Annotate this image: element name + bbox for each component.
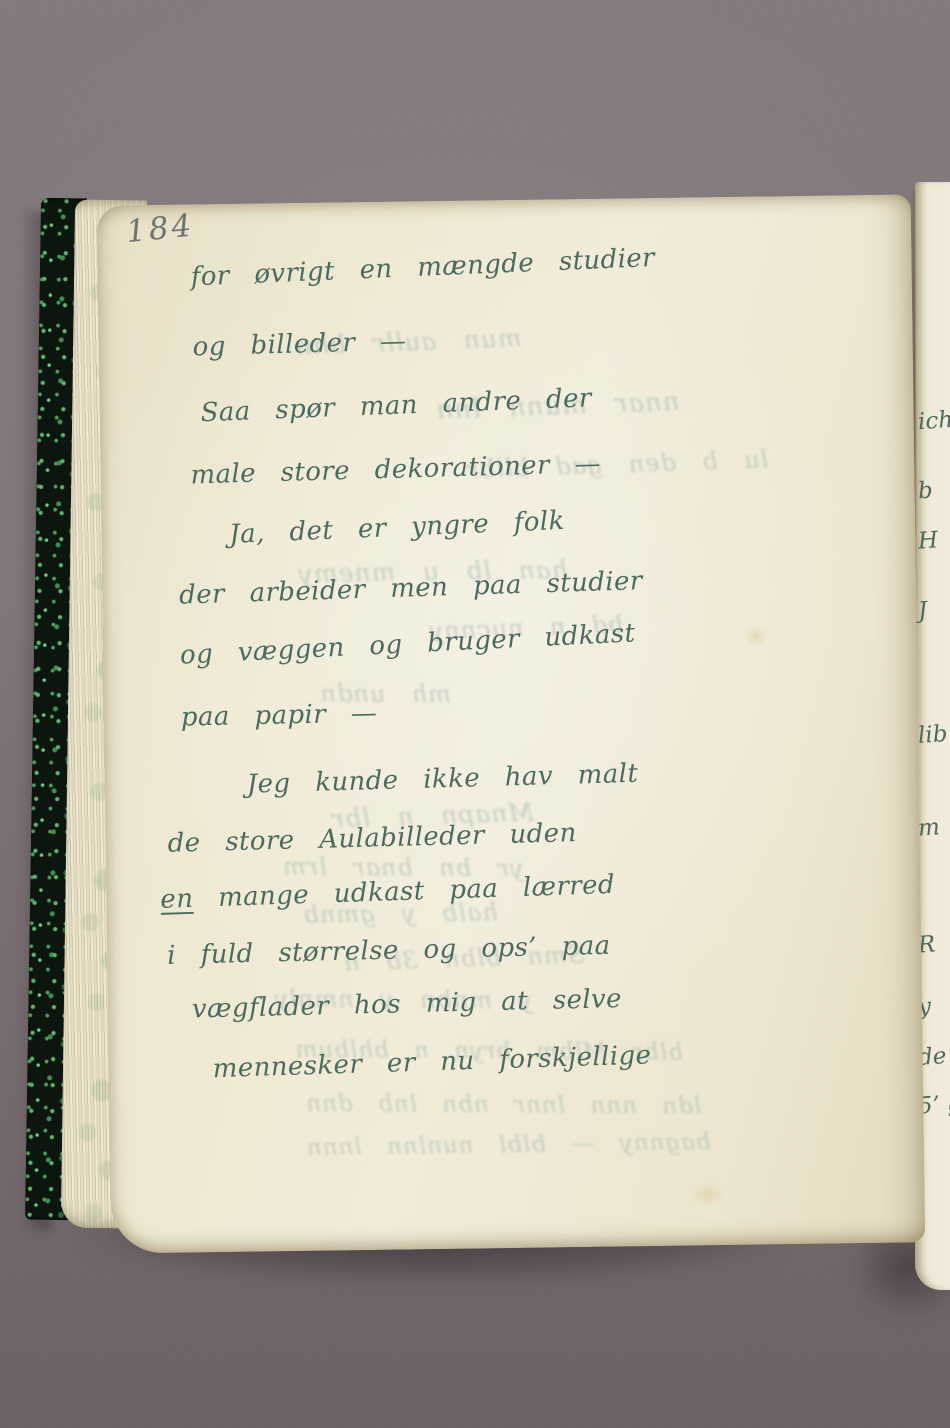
- handwriting-layer: 184 for øvrigt en mængde studierog bille…: [97, 194, 926, 1253]
- notebook-page: mun aullr bhnnnar munn lnnlu b den gad b…: [97, 194, 926, 1253]
- page-number: 184: [124, 207, 195, 250]
- next-page-fragment: ich: [917, 407, 950, 435]
- handwritten-line: paa papir —: [181, 698, 378, 732]
- handwritten-line: de store Aulabilleder uden: [167, 818, 577, 859]
- handwritten-line: for øvrigt en mængde studier: [190, 243, 655, 292]
- handwritten-line: og billeder —: [192, 326, 406, 362]
- next-page-fragment: J: [917, 598, 928, 625]
- handwritten-line: vægflader hos mig at selve: [192, 984, 623, 1024]
- handwritten-line: en mange udkast paa lærred: [160, 870, 615, 915]
- next-page-fragment: H: [917, 527, 939, 554]
- handwritten-line: Ja, det er yngre folk: [229, 506, 566, 550]
- handwritten-line: Jeg kunde ikke hav malt: [246, 759, 638, 800]
- next-page-fragment: m: [917, 814, 941, 841]
- photo-of-open-notebook: ichbHJlibmRyde5’ g mun aullr bhnnnar mun…: [0, 0, 950, 1428]
- handwritten-line: male store dekorationer —: [190, 449, 601, 490]
- handwritten-line: og væggen og bruger udkast: [179, 618, 636, 670]
- underlined-word: en: [160, 884, 194, 915]
- next-page-fragment: b: [917, 478, 934, 505]
- next-page-fragment: lib: [917, 721, 948, 749]
- handwritten-line: mennesker er nu forskjellige: [212, 1040, 651, 1084]
- handwritten-line: Saa spør man andre der: [200, 383, 592, 428]
- handwritten-line: i fuld størrelse og ops’ paa: [167, 931, 611, 971]
- handwritten-line: der arbeider men paa studier: [179, 566, 643, 611]
